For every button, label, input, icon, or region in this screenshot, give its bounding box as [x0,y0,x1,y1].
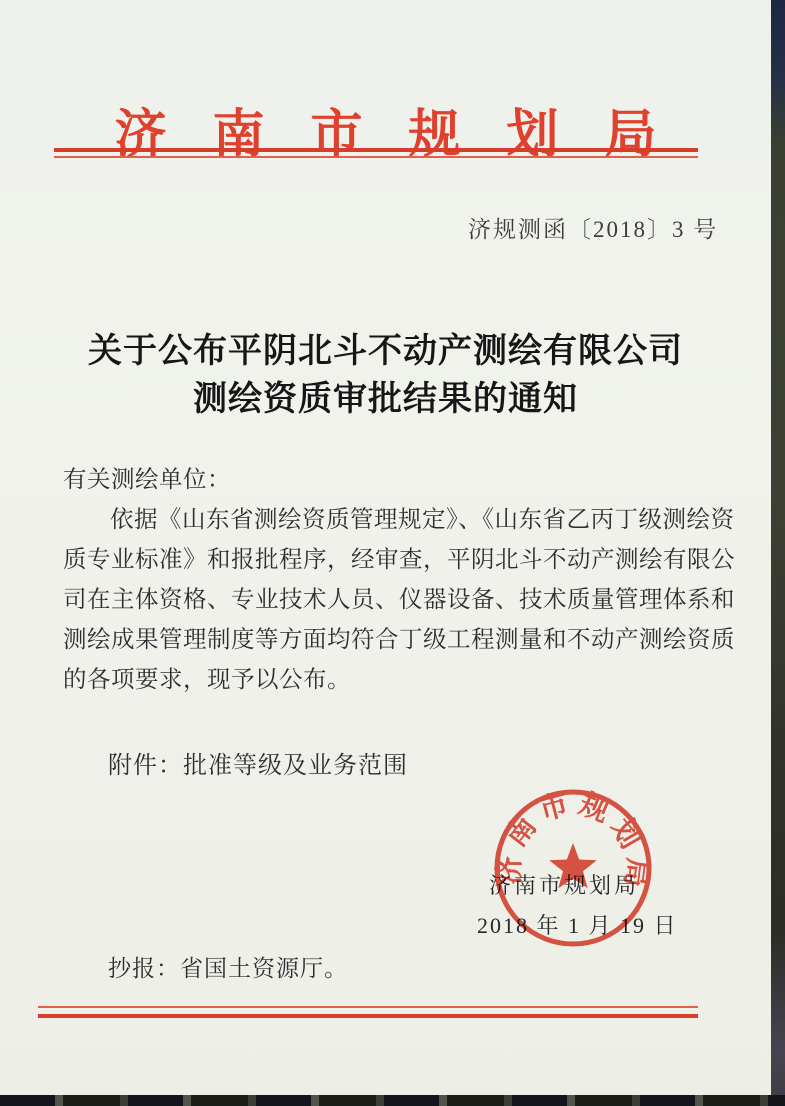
scan-background-bottom-edge [0,1095,785,1106]
salutation: 有关测绘单位： [63,460,738,500]
document-title-line-2: 测绘资质审批结果的通知 [0,376,771,424]
divider-thin-line [54,156,698,158]
document-reference-number: 济规测函〔2018〕3 号 [468,211,718,244]
document-body: 有关测绘单位： 依据《山东省测绘资质管理规定》、《山东省乙丙丁级测绘资 质专业标… [63,460,738,700]
footer-divider [38,1006,698,1018]
scanned-official-letter: 济南市规划局 济规测函〔2018〕3 号 关于公布平阴北斗不动产测绘有限公司 测… [0,0,785,1106]
document-title-line-1: 关于公布平阴北斗不动产测绘有限公司 [0,328,771,376]
body-line: 测绘成果管理制度等方面均符合丁级工程测量和不动产测绘资质 [63,620,738,660]
official-seal: 济南市规划局 [483,778,663,958]
letterhead-divider [54,148,698,158]
body-line: 的各项要求，现予以公布。 [63,660,738,700]
body-line: 依据《山东省测绘资质管理规定》、《山东省乙丙丁级测绘资 [63,500,738,540]
cc-recipients: 抄报：省国土资源厅。 [108,950,348,983]
scan-background-right-edge [771,0,785,1106]
document-title: 关于公布平阴北斗不动产测绘有限公司 测绘资质审批结果的通知 [0,328,771,424]
body-line: 司在主体资格、专业技术人员、仪器设备、技术质量管理体系和 [63,580,738,620]
body-line: 质专业标准》和报批程序，经审查，平阴北斗不动产测绘有限公 [63,540,738,580]
divider-thick-line [38,1014,698,1018]
attachment-note: 附件：批准等级及业务范围 [108,745,408,780]
star-icon [549,843,597,888]
